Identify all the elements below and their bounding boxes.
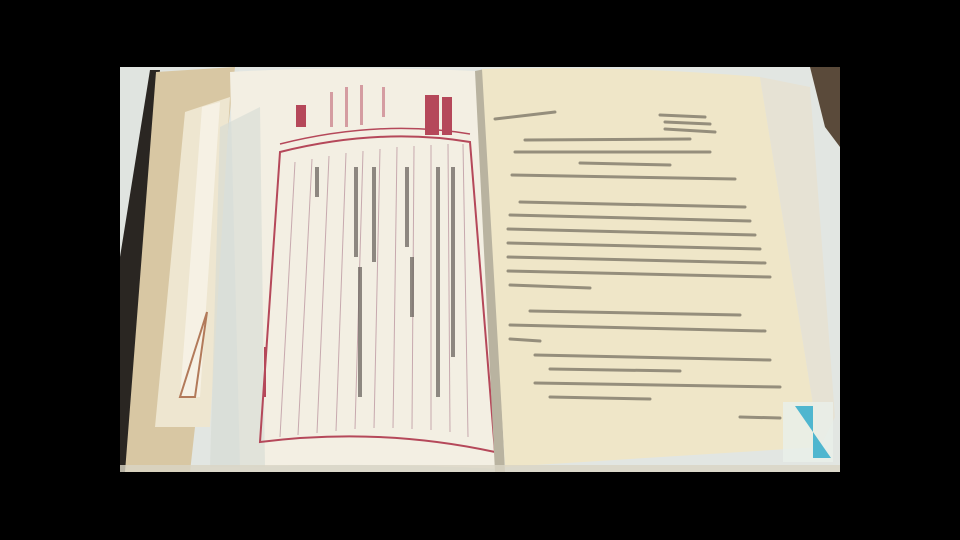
open-book-photo [120,67,840,472]
n-logo-icon [783,402,833,462]
video-frame [120,67,840,472]
